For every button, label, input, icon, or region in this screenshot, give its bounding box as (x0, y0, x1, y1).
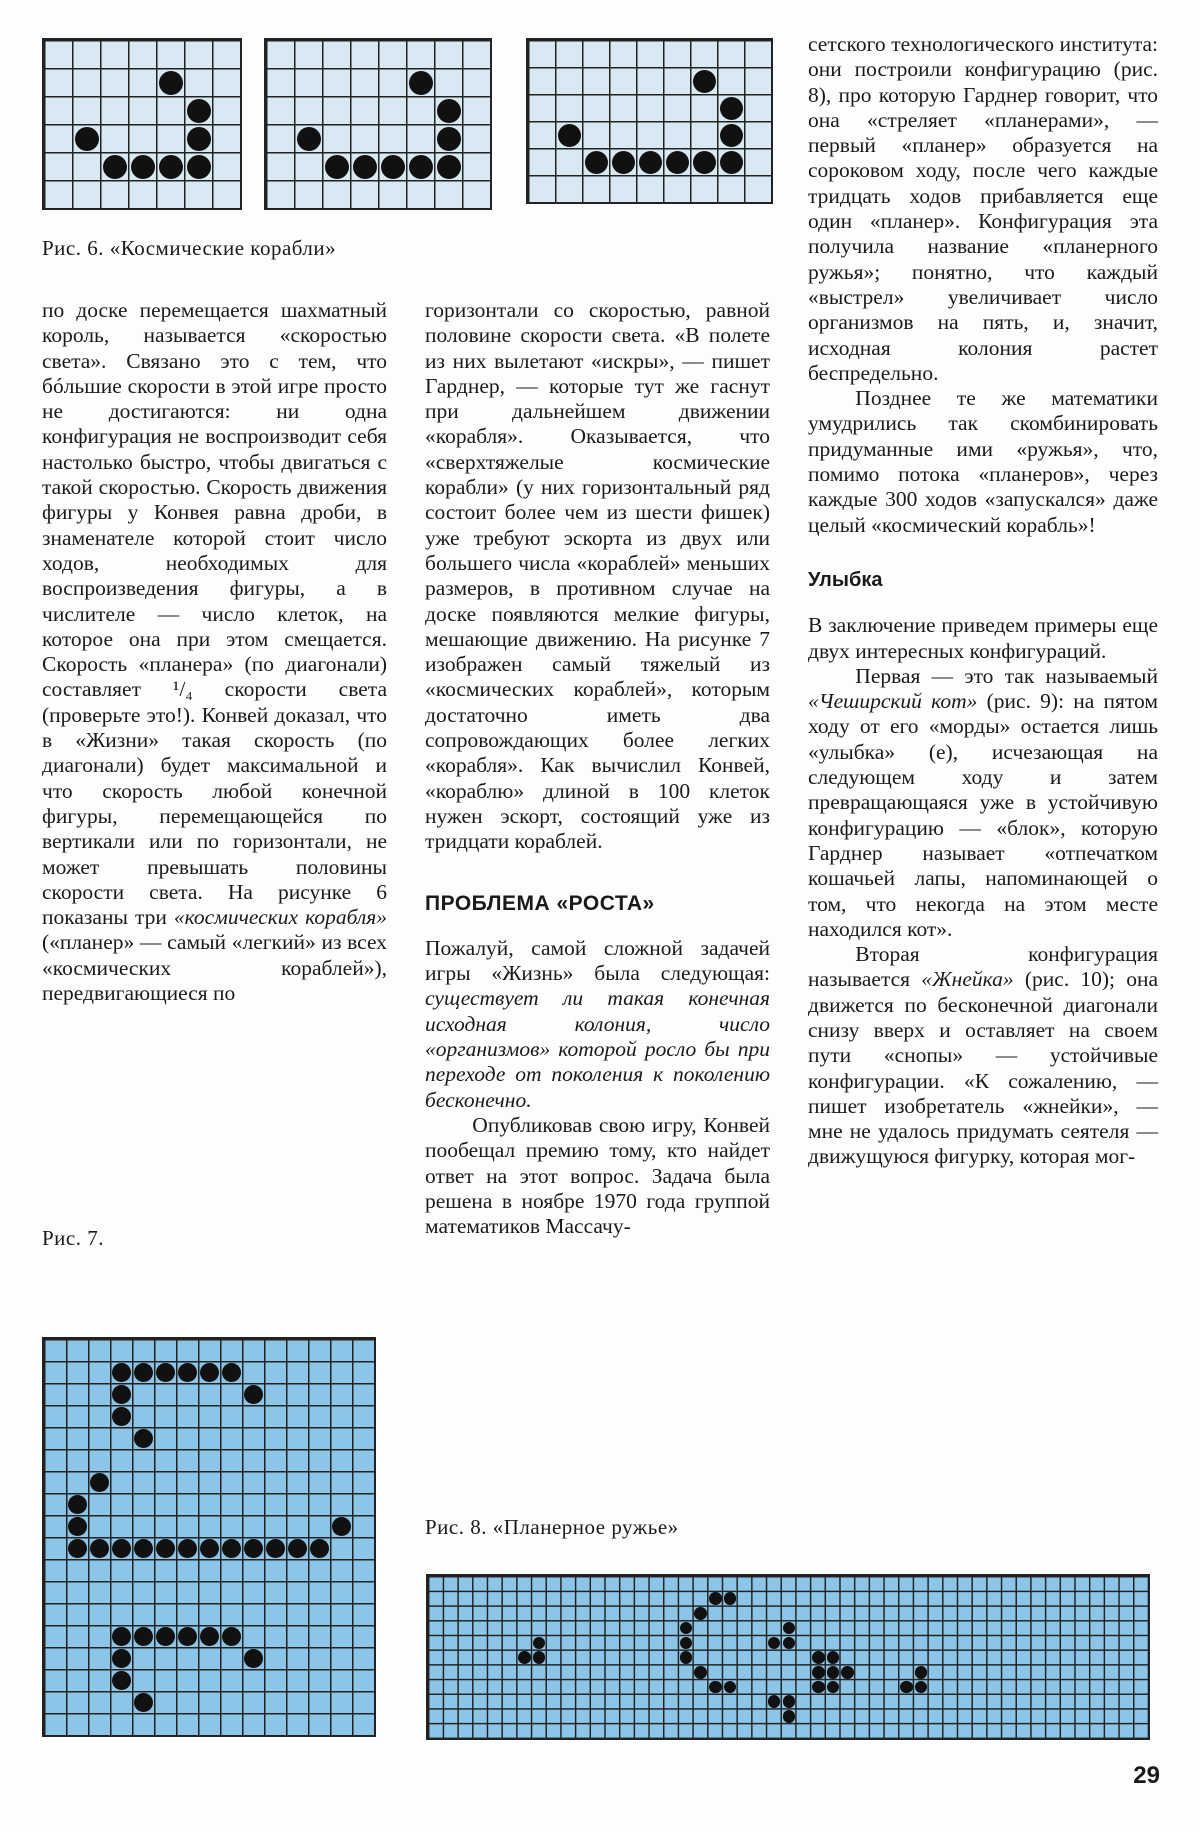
live-cell (694, 1666, 707, 1679)
live-cell (827, 1651, 840, 1664)
live-cell (680, 1622, 693, 1635)
live-cell (90, 1473, 109, 1492)
live-cell (68, 1539, 87, 1558)
live-cell (156, 1539, 175, 1558)
left-italic: «космических корабля» (174, 905, 387, 929)
live-cell (222, 1363, 241, 1382)
live-cell (533, 1637, 546, 1650)
section-heading-growth: ПРОБЛЕМА «РОСТА» (425, 891, 770, 916)
live-cell (666, 151, 689, 174)
live-cell (131, 155, 155, 179)
live-cell (812, 1681, 825, 1694)
live-cell (680, 1651, 693, 1664)
live-cell (915, 1681, 928, 1694)
live-cell (200, 1539, 219, 1558)
live-cell (709, 1592, 722, 1605)
live-cell (222, 1627, 241, 1646)
live-cell (409, 155, 433, 179)
live-cell (409, 71, 433, 95)
live-cell (244, 1385, 263, 1404)
fig7-caption: Рис. 7. (42, 1226, 104, 1251)
live-cell (112, 1385, 131, 1404)
live-cell (720, 151, 743, 174)
live-cell (288, 1539, 307, 1558)
right-column: сетского технологического института: они… (808, 32, 1158, 1170)
live-cell (134, 1539, 153, 1558)
live-cell (693, 151, 716, 174)
middle-paragraph-1: горизонтали со скоростью, равной половин… (425, 298, 770, 855)
live-cell (724, 1681, 737, 1694)
live-cell (783, 1637, 796, 1650)
left-column: по доске перемещается шахматный король, … (42, 298, 387, 1006)
live-cell (812, 1651, 825, 1664)
live-cell (266, 1539, 285, 1558)
live-cell (720, 97, 743, 120)
live-cell (694, 1607, 707, 1620)
live-cell (112, 1627, 131, 1646)
cheshire-cat-term: «Чеширский кот» (808, 689, 977, 713)
live-cell (783, 1710, 796, 1723)
right-paragraph-3: В заключение приведем примеры еще двух и… (808, 613, 1158, 664)
live-cell (103, 155, 127, 179)
live-cell (720, 124, 743, 147)
live-cell (112, 1407, 131, 1426)
live-cell (558, 124, 581, 147)
live-cell (812, 1666, 825, 1679)
live-cell (915, 1666, 928, 1679)
live-cell (680, 1637, 693, 1650)
live-cell (200, 1363, 219, 1382)
live-cell (68, 1517, 87, 1536)
right-paragraph-1: сетского технологического института: они… (808, 32, 1158, 386)
fig8-grid (426, 1574, 1150, 1740)
live-cell (783, 1695, 796, 1708)
fig8-caption: Рис. 8. «Планерное ружье» (425, 1515, 679, 1540)
live-cell (178, 1363, 197, 1382)
live-cell (90, 1539, 109, 1558)
live-cell (768, 1695, 781, 1708)
live-cell (244, 1649, 263, 1668)
middle-column: горизонтали со скоростью, равной половин… (425, 298, 770, 1239)
live-cell (112, 1671, 131, 1690)
live-cell (841, 1666, 854, 1679)
fig6-grid-2 (264, 38, 492, 210)
live-cell (827, 1681, 840, 1694)
page-number: 29 (1133, 1762, 1160, 1790)
left-text-1: по доске перемещается шахматный король, … (42, 298, 387, 929)
live-cell (222, 1539, 241, 1558)
live-cell (768, 1637, 781, 1650)
live-cell (332, 1517, 351, 1536)
live-cell (178, 1627, 197, 1646)
live-cell (353, 155, 377, 179)
live-cell (75, 127, 99, 151)
live-cell (612, 151, 635, 174)
reaper-term: «Жнейка» (921, 967, 1013, 991)
live-cell (156, 1627, 175, 1646)
live-cell (437, 99, 461, 123)
live-cell (159, 155, 183, 179)
right-paragraph-2: Позднее те же математики умудрились так … (808, 386, 1158, 538)
live-cell (134, 1429, 153, 1448)
fig6-caption: Рис. 6. «Космические корабли» (42, 236, 336, 261)
live-cell (381, 155, 405, 179)
live-cell (134, 1363, 153, 1382)
middle-paragraph-3: Опубликовав свою игру, Конвей пообещал п… (425, 1113, 770, 1239)
live-cell (297, 127, 321, 151)
live-cell (518, 1651, 531, 1664)
live-cell (827, 1666, 840, 1679)
live-cell (112, 1649, 131, 1668)
left-text-2: («планер» — самый «легкий» из всех «косм… (42, 930, 387, 1005)
live-cell (724, 1592, 737, 1605)
live-cell (134, 1627, 153, 1646)
right-paragraph-4: Первая — это так называемый «Чеширский к… (808, 664, 1158, 942)
section-heading-smile: Улыбка (808, 568, 1158, 593)
live-cell (156, 1363, 175, 1382)
live-cell (437, 127, 461, 151)
live-cell (709, 1681, 722, 1694)
fig6-grid-3 (526, 38, 773, 204)
fig7-grid (42, 1337, 376, 1737)
live-cell (187, 127, 211, 151)
live-cell (639, 151, 662, 174)
live-cell (159, 71, 183, 95)
live-cell (200, 1627, 219, 1646)
live-cell (244, 1539, 263, 1558)
live-cell (68, 1495, 87, 1514)
live-cell (585, 151, 608, 174)
live-cell (325, 155, 349, 179)
live-cell (533, 1651, 546, 1664)
live-cell (112, 1539, 131, 1558)
problem-statement: существует ли такая конечная исходная ко… (425, 986, 770, 1111)
live-cell (187, 99, 211, 123)
live-cell (783, 1622, 796, 1635)
live-cell (178, 1539, 197, 1558)
middle-paragraph-2: Пожалуй, самой сложной задачей игры «Жиз… (425, 936, 770, 1113)
live-cell (900, 1681, 913, 1694)
live-cell (310, 1539, 329, 1558)
right-paragraph-5: Вторая конфигурация называется «Жнейка» … (808, 942, 1158, 1170)
live-cell (437, 155, 461, 179)
live-cell (693, 70, 716, 93)
live-cell (134, 1693, 153, 1712)
live-cell (112, 1363, 131, 1382)
live-cell (187, 155, 211, 179)
fig6-grid-1 (42, 38, 242, 210)
